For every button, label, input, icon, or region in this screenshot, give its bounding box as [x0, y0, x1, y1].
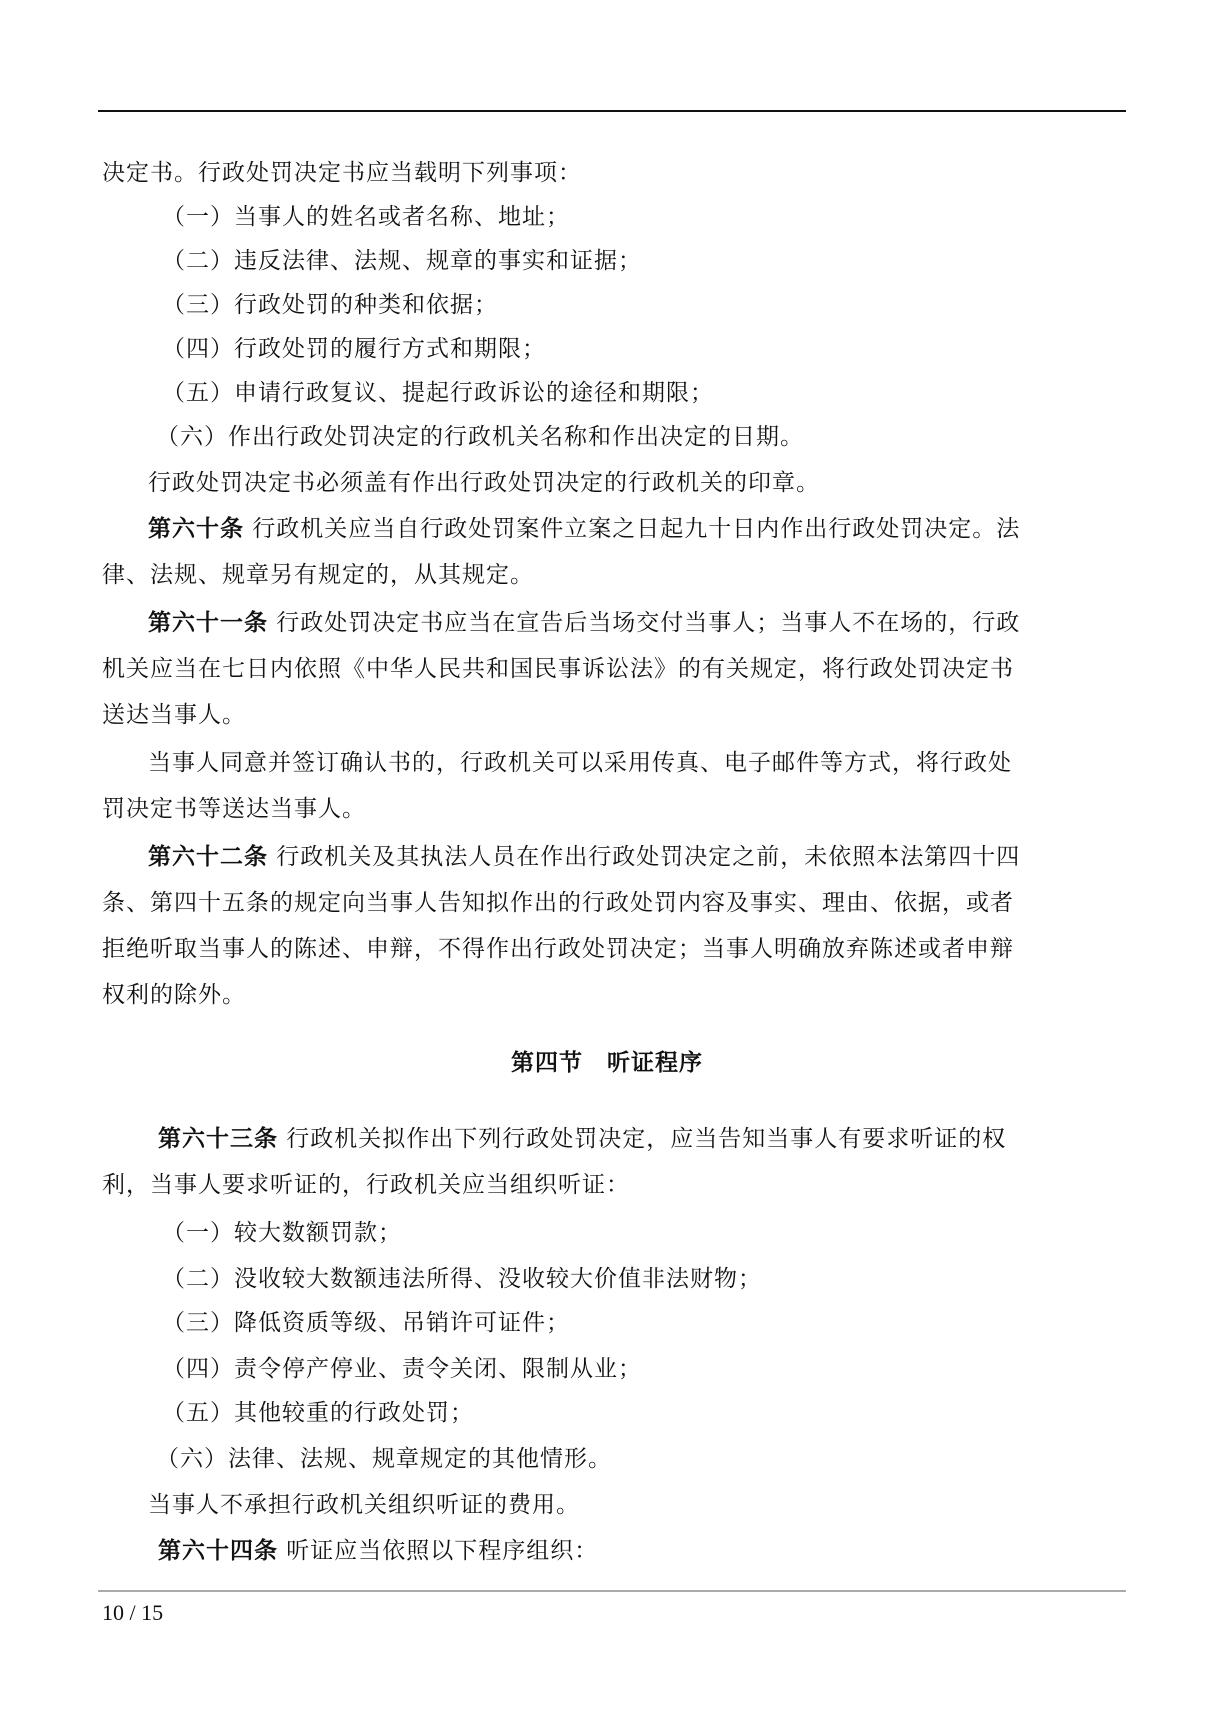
- paragraph-line: 送达当事人。: [102, 692, 246, 738]
- list-item: （三）行政处罚的种类和依据；: [162, 282, 498, 328]
- article-63: 第六十三条 行政机关拟作出下列行政处罚决定，应当告知当事人有要求听证的权: [158, 1116, 1006, 1162]
- article-title: 第六十一条: [148, 610, 268, 636]
- article-title: 第六十三条: [158, 1126, 278, 1152]
- paragraph-line: 权利的除外。: [102, 972, 246, 1018]
- list-item: （一）当事人的姓名或者名称、地址；: [162, 194, 570, 240]
- article-60: 第六十条 行政机关应当自行政处罚案件立案之日起九十日内作出行政处罚决定。法: [148, 506, 1020, 552]
- section-heading: 第四节 听证程序: [102, 1040, 1112, 1086]
- list-item: （二）没收较大数额违法所得、没收较大价值非法财物；: [162, 1256, 762, 1302]
- paragraph-line: 罚决定书等送达当事人。: [102, 786, 366, 832]
- article-text: 行政机关及其执法人员在作出行政处罚决定之前，未依照本法第四十四: [268, 844, 1020, 870]
- list-item: （四）责令停产停业、责令关闭、限制从业；: [162, 1346, 642, 1392]
- article-text: 行政机关应当自行政处罚案件立案之日起九十日内作出行政处罚决定。法: [244, 516, 1020, 542]
- list-item: （二）违反法律、法规、规章的事实和证据；: [162, 238, 642, 284]
- article-64: 第六十四条 听证应当依照以下程序组织：: [158, 1528, 598, 1574]
- article-text: 听证应当依照以下程序组织：: [278, 1538, 598, 1564]
- article-text: 行政机关拟作出下列行政处罚决定，应当告知当事人有要求听证的权: [278, 1126, 1006, 1152]
- header-rule: [98, 110, 1126, 112]
- list-item: （四）行政处罚的履行方式和期限；: [162, 326, 546, 372]
- list-item: （五）其他较重的行政处罚；: [162, 1390, 474, 1436]
- paragraph-line: 拒绝听取当事人的陈述、申辩，不得作出行政处罚决定；当事人明确放弃陈述或者申辩: [102, 926, 1014, 972]
- article-title: 第六十四条: [158, 1538, 278, 1564]
- paragraph-line: 当事人不承担行政机关组织听证的费用。: [148, 1482, 580, 1528]
- paragraph-line: 决定书。行政处罚决定书应当载明下列事项：: [102, 150, 582, 196]
- article-text: 行政处罚决定书应当在宣告后当场交付当事人；当事人不在场的，行政: [268, 610, 1020, 636]
- list-item: （六）作出行政处罚决定的行政机关名称和作出决定的日期。: [156, 414, 804, 460]
- list-item: （三）降低资质等级、吊销许可证件；: [162, 1300, 570, 1346]
- article-62: 第六十二条 行政机关及其执法人员在作出行政处罚决定之前，未依照本法第四十四: [148, 834, 1020, 880]
- list-item: （六）法律、法规、规章规定的其他情形。: [156, 1436, 612, 1482]
- list-item: （五）申请行政复议、提起行政诉讼的途径和期限；: [162, 370, 714, 416]
- article-61: 第六十一条 行政处罚决定书应当在宣告后当场交付当事人；当事人不在场的，行政: [148, 600, 1020, 646]
- paragraph-line: 行政处罚决定书必须盖有作出行政处罚决定的行政机关的印章。: [148, 460, 820, 506]
- article-title: 第六十二条: [148, 844, 268, 870]
- paragraph-line: 利，当事人要求听证的，行政机关应当组织听证：: [102, 1162, 630, 1208]
- list-item: （一）较大数额罚款；: [162, 1210, 402, 1256]
- paragraph-line: 条、第四十五条的规定向当事人告知拟作出的行政处罚内容及事实、理由、依据，或者: [102, 880, 1014, 926]
- paragraph-line: 当事人同意并签订确认书的，行政机关可以采用传真、电子邮件等方式，将行政处: [148, 740, 1012, 786]
- page-number: 10 / 15: [102, 1600, 163, 1626]
- paragraph-line: 律、法规、规章另有规定的，从其规定。: [102, 552, 534, 598]
- footer-rule: [98, 1590, 1126, 1592]
- paragraph-line: 机关应当在七日内依照《中华人民共和国民事诉讼法》的有关规定，将行政处罚决定书: [102, 646, 1014, 692]
- article-title: 第六十条: [148, 516, 244, 542]
